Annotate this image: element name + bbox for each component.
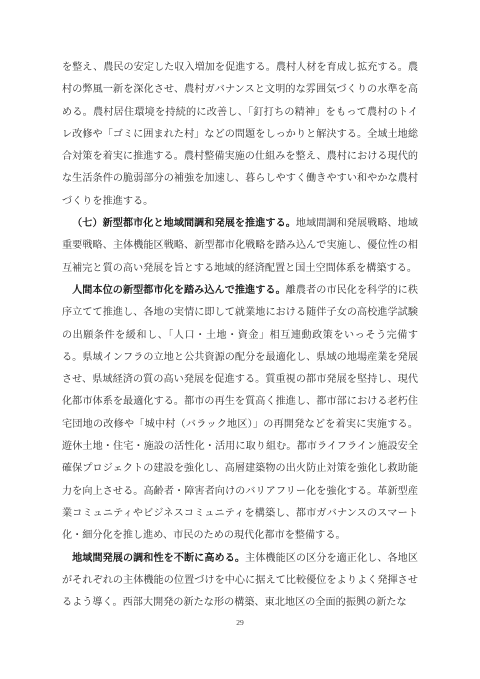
paragraph-section-seven: （七）新型都市化と地域間調和発展を推進する。地域間調和発展戦略、地域重要戦略、主… [62,213,418,280]
paragraph-urbanization-text: 離農者の市民化を科学的に秩序立てて推進し、各地の実情に即して就業地における随伴子… [62,285,418,541]
paragraph-section-seven-heading: （七）新型都市化と地域間調和発展を推進する。 [72,218,296,229]
paragraph-rural-development: を整え、農民の安定した収入増加を促進する。農村人材を育成し拡充する。農村の弊風一… [62,57,418,213]
paragraph-urbanization: 人間本位の新型都市化を踏み込んで推進する。離農者の市民化を科学的に秩序立てて推進… [62,280,418,548]
page-number: 29 [62,618,418,627]
paragraph-urbanization-heading: 人間本位の新型都市化を踏み込んで推進する。 [72,285,286,296]
paragraph-regional-coordination: 地域間発展の調和性を不断に高める。主体機能区の区分を適正化し、各地区がそれぞれの… [62,548,418,615]
document-page: を整え、農民の安定した収入増加を促進する。農村人材を育成し拡充する。農村の弊風一… [0,0,480,679]
paragraph-rural-development-text: を整え、農民の安定した収入増加を促進する。農村人材を育成し拡充する。農村の弊風一… [62,62,418,207]
paragraph-regional-coordination-heading: 地域間発展の調和性を不断に高める。 [72,553,245,564]
document-body: を整え、農民の安定した収入増加を促進する。農村人材を育成し拡充する。農村の弊風一… [62,57,418,614]
